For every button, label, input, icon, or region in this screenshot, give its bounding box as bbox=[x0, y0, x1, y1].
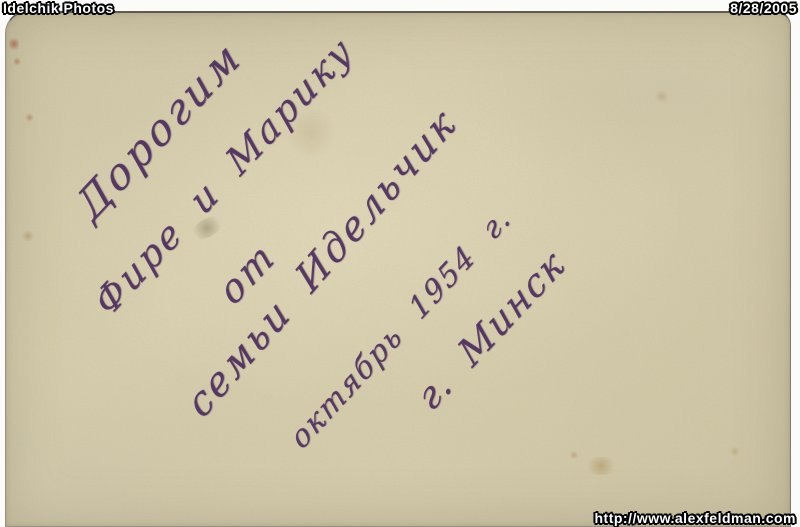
paper-stain bbox=[13, 57, 21, 66]
paper-stain bbox=[288, 105, 334, 161]
paper-stain bbox=[187, 212, 227, 245]
paper-stain bbox=[569, 451, 579, 459]
paper-stain bbox=[654, 91, 670, 102]
paper-stain bbox=[729, 447, 741, 456]
paper-grain-texture bbox=[6, 13, 790, 526]
scanned-photo-view: Дорогим Фире и Марику от семьи Идельчик … bbox=[0, 0, 800, 527]
paper-stain bbox=[9, 36, 19, 52]
photo-back-paper bbox=[5, 11, 791, 527]
paper-stain bbox=[21, 231, 35, 241]
paper-stain bbox=[25, 113, 34, 122]
paper-stain bbox=[584, 457, 618, 475]
